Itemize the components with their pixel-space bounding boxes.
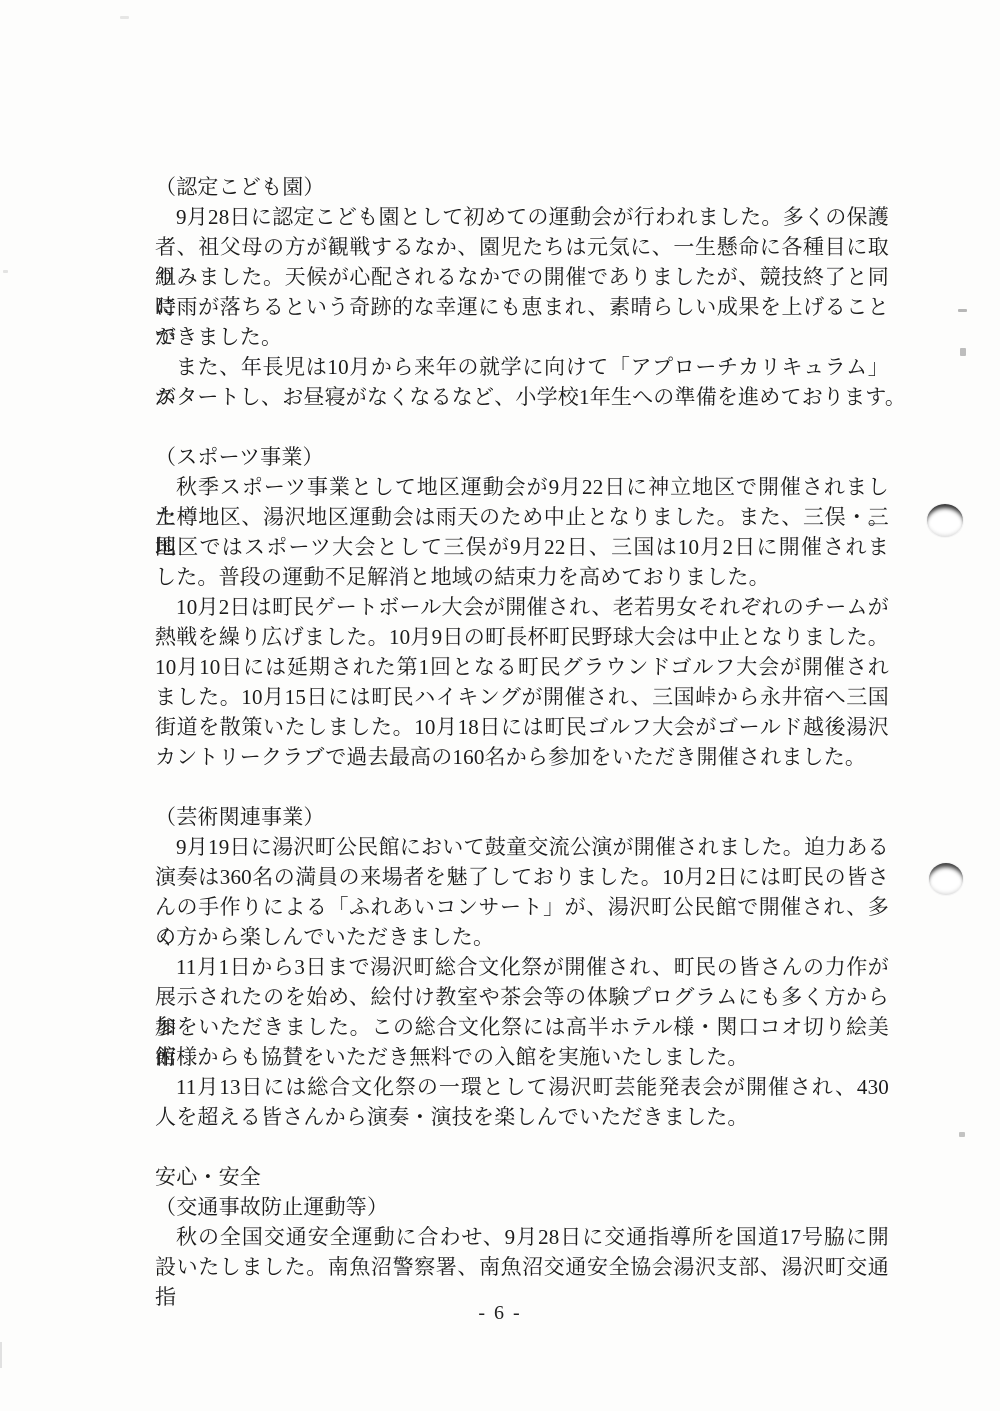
text-line: 演奏は360名の満員の来場者を魅了しておりました。10月2日には町民の皆さ	[155, 862, 889, 892]
scan-speck	[3, 270, 8, 273]
text-line: 地区ではスポーツ大会として三俣が9月22日、三国は10月2日に開催されま	[155, 532, 889, 562]
scan-speck	[960, 348, 966, 356]
paragraph: 秋の全国交通安全運動に合わせ、9月28日に交通指導所を国道17号脇に開 設いたし…	[155, 1222, 889, 1282]
text-line: ました。10月15日には町民ハイキングが開催され、三国峠から永井宿へ三国	[155, 682, 889, 712]
text-line: 組みました。天候が心配されるなかでの開催でありましたが、競技終了と同時	[155, 262, 889, 292]
text-line: の方から楽しんでいただきました。	[155, 922, 889, 952]
paragraph: 10月2日は町民ゲートボール大会が開催され、老若男女それぞれのチームが 熱戦を繰…	[155, 592, 889, 772]
paragraph: 9月19日に湯沢町公民館において鼓童交流公演が開催されました。迫力ある 演奏は3…	[155, 832, 889, 952]
text-line: できました。	[155, 322, 889, 352]
scan-speck	[959, 1132, 965, 1137]
paragraph: また、年長児は10月から来年の就学に向けて「アプローチカリキュラム」が スタート…	[155, 352, 889, 412]
section-subheading: （交通事故防止運動等）	[155, 1192, 889, 1222]
text-line: 者、祖父母の方が観戦するなか、園児たちは元気に、一生懸命に各種目に取り	[155, 232, 889, 262]
text-line: 10月10日には延期された第1回となる町民グラウンドゴルフ大会が開催され	[155, 652, 889, 682]
text-line: んの手作りによる「ふれあいコンサート」が、湯沢町公民館で開催され、多く	[155, 892, 889, 922]
scanned-document-page: （認定こども園） 9月28日に認定こども園として初めての運動会が行われました。多…	[0, 0, 1000, 1411]
text-line: カントリークラブで過去最高の160名から参加をいただき開催されました。	[155, 742, 889, 772]
text-line: 設いたしました。南魚沼警察署、南魚沼交通安全協会湯沢支部、湯沢町交通指	[155, 1252, 889, 1282]
text-line: 加をいただきました。この総合文化祭には高半ホテル様・関口コオ切り絵美術	[155, 1012, 889, 1042]
text-line: 人を超える皆さんから演奏・演技を楽しんでいただきました。	[155, 1102, 889, 1132]
section-heading: （芸術関連事業）	[155, 802, 889, 832]
text-line: 館様からも協賛をいただき無料での入館を実施いたしました。	[155, 1042, 889, 1072]
text-line: 9月19日に湯沢町公民館において鼓童交流公演が開催されました。迫力ある	[155, 832, 889, 862]
scan-edge-artifact	[0, 1342, 2, 1368]
text-line: 展示されたのを始め、絵付け教室や茶会等の体験プログラムにも多く方から参	[155, 982, 889, 1012]
text-line: 秋季スポーツ事業として地区運動会が9月22日に神立地区で開催されました。	[155, 472, 889, 502]
text-line: 街道を散策いたしました。10月18日には町民ゴルフ大会がゴールド越後湯沢	[155, 712, 889, 742]
section-sports-programs: （スポーツ事業） 秋季スポーツ事業として地区運動会が9月22日に神立地区で開催さ…	[155, 442, 889, 772]
text-line: した。普段の運動不足解消と地域の結束力を高めておりました。	[155, 562, 889, 592]
section-heading: （スポーツ事業）	[155, 442, 889, 472]
text-line: 秋の全国交通安全運動に合わせ、9月28日に交通指導所を国道17号脇に開	[155, 1222, 889, 1252]
section-arts-programs: （芸術関連事業） 9月19日に湯沢町公民館において鼓童交流公演が開催されました。…	[155, 802, 889, 1132]
section-certified-kindergarten: （認定こども園） 9月28日に認定こども園として初めての運動会が行われました。多…	[155, 172, 889, 412]
paragraph: 秋季スポーツ事業として地区運動会が9月22日に神立地区で開催されました。 土樽地…	[155, 472, 889, 592]
document-content: （認定こども園） 9月28日に認定こども園として初めての運動会が行われました。多…	[155, 172, 889, 1282]
text-line: 熱戦を繰り広げました。10月9日の町長杯町民野球大会は中止となりました。	[155, 622, 889, 652]
scan-speck	[958, 309, 967, 312]
text-line: 11月1日から3日まで湯沢町総合文化祭が開催され、町民の皆さんの力作が	[155, 952, 889, 982]
text-line: 9月28日に認定こども園として初めての運動会が行われました。多くの保護	[155, 202, 889, 232]
text-line: 10月2日は町民ゲートボール大会が開催され、老若男女それぞれのチームが	[155, 592, 889, 622]
section-heading: （認定こども園）	[155, 172, 889, 202]
scan-speck	[120, 16, 129, 19]
text-line: スタートし、お昼寝がなくなるなど、小学校1年生への準備を進めております。	[155, 382, 889, 412]
section-safety-security: 安心・安全 （交通事故防止運動等） 秋の全国交通安全運動に合わせ、9月28日に交…	[155, 1162, 889, 1282]
paragraph: 11月13日には総合文化祭の一環として湯沢町芸能発表会が開催され、430 人を超…	[155, 1072, 889, 1132]
text-line: また、年長児は10月から来年の就学に向けて「アプローチカリキュラム」が	[155, 352, 889, 382]
text-line: 11月13日には総合文化祭の一環として湯沢町芸能発表会が開催され、430	[155, 1072, 889, 1102]
text-line: に雨が落ちるという奇跡的な幸運にも恵まれ、素晴らしい成果を上げることが	[155, 292, 889, 322]
section-heading: 安心・安全	[155, 1162, 889, 1192]
text-line: 土樽地区、湯沢地区運動会は雨天のため中止となりました。また、三俣・三国	[155, 502, 889, 532]
punch-hole-top	[926, 503, 964, 538]
page-number: - 6 -	[0, 1300, 1000, 1326]
paragraph: 11月1日から3日まで湯沢町総合文化祭が開催され、町民の皆さんの力作が 展示され…	[155, 952, 889, 1072]
punch-hole-bottom	[928, 862, 964, 896]
paragraph: 9月28日に認定こども園として初めての運動会が行われました。多くの保護 者、祖父…	[155, 202, 889, 352]
